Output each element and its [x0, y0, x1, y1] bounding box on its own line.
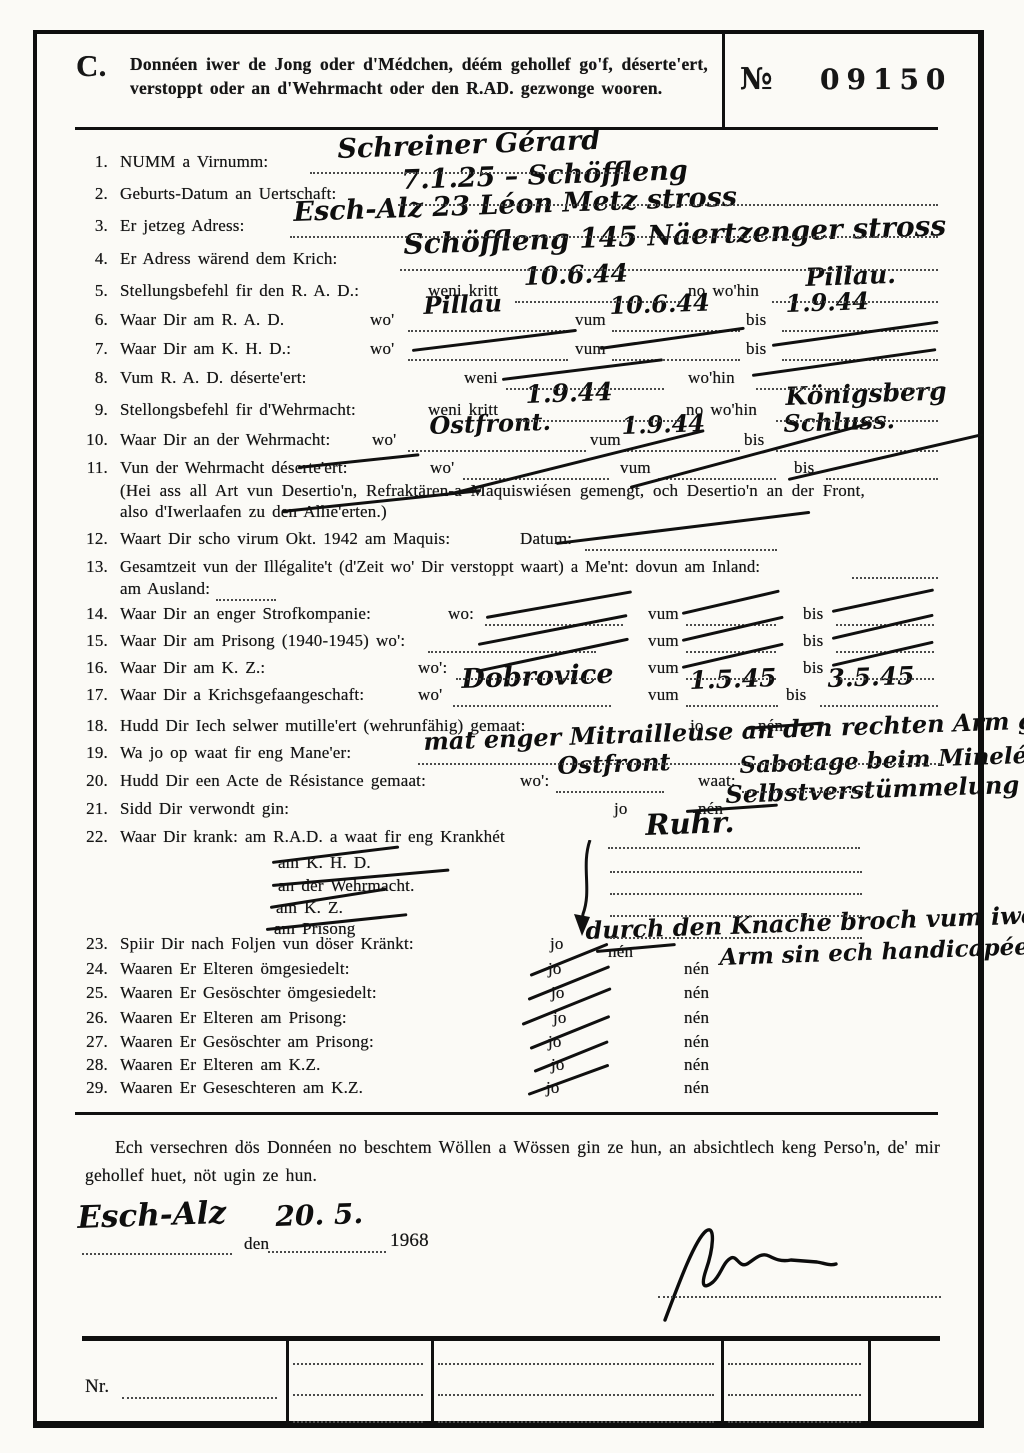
- dotted-line: [756, 388, 938, 390]
- item-28-nen-label: nén: [684, 1055, 709, 1075]
- item-1-label: NUMM a Virnumm:: [120, 152, 268, 172]
- item-14-field1-label: wo:: [448, 604, 474, 624]
- item-16-field1-label: wo':: [418, 658, 447, 678]
- item-5-number: 5.: [68, 281, 108, 301]
- item-2-number: 2.: [68, 184, 108, 204]
- item-25-label: Waaren Er Gesöschter ömgesiedelt:: [120, 983, 377, 1003]
- item-26-number: 26.: [68, 1008, 108, 1028]
- slash-mark: [412, 329, 577, 352]
- dateline-date-handwritten: 20. 5.: [275, 1197, 364, 1233]
- item-10-number: 10.: [68, 430, 108, 450]
- dotted-line: [610, 915, 862, 917]
- item-16-field3-label: bis: [803, 658, 823, 678]
- item-6-field1-label: wo': [370, 310, 394, 330]
- dotted-line: [310, 172, 630, 174]
- dotted-line: [82, 1253, 232, 1255]
- dotted-line: [485, 624, 623, 626]
- item-16-number: 16.: [68, 658, 108, 678]
- dotted-line: [456, 678, 596, 680]
- dotted-line: [826, 478, 938, 480]
- item-1-number: 1.: [68, 152, 108, 172]
- item-7-field3-label: bis: [746, 339, 766, 359]
- slash-mark: [788, 433, 983, 481]
- item-15-label: Waar Dir am Prisong (1940-1945) wo':: [120, 631, 405, 651]
- slash-mark: [832, 588, 934, 612]
- item-4-number: 4.: [68, 249, 108, 269]
- item-21-number: 21.: [68, 799, 108, 819]
- item-15-field2-label: vum: [648, 631, 679, 651]
- dotted-line: [624, 450, 740, 452]
- signature-handwritten: [640, 1212, 870, 1327]
- dotted-line: [852, 577, 938, 579]
- item-20-number: 20.: [68, 771, 108, 791]
- item-16-label: Waar Dir am K. Z.:: [120, 658, 265, 678]
- item-23-label: Spiir Dir nach Foljen vun döser Kränkt:: [120, 934, 414, 954]
- dateline-place-handwritten: Esch-Alz: [77, 1195, 227, 1236]
- item-23-number: 23.: [68, 934, 108, 954]
- item-6-field3-label: bis: [746, 310, 766, 330]
- slash-mark: [772, 321, 939, 347]
- dotted-line: [453, 705, 611, 707]
- slash-mark: [682, 590, 780, 615]
- item-3-number: 3.: [68, 216, 108, 236]
- item-26-nen-label: nén: [684, 1008, 709, 1028]
- item-19-number: 19.: [68, 743, 108, 763]
- dotted-line: [216, 599, 276, 601]
- item-7-number: 7.: [68, 339, 108, 359]
- dotted-line: [516, 420, 680, 422]
- dotted-line: [612, 359, 740, 361]
- item-11-label: Vun der Wehrmacht déserte'ert:: [120, 458, 348, 478]
- item-8-field2-label: wo'hin: [688, 368, 735, 388]
- item-5-date-handwritten: 10.6.44: [523, 258, 628, 291]
- item-23-nen-label: nén: [608, 942, 633, 962]
- item-24-label: Waaren Er Elteren ömgesiedelt:: [120, 959, 350, 979]
- item-11-number: 11.: [68, 458, 108, 478]
- table-column-divider: [868, 1337, 871, 1424]
- item-23-jo-label: jo: [550, 934, 564, 954]
- item-6-label: Waar Dir am R. A. D.: [120, 310, 284, 330]
- dotted-line: [556, 791, 664, 793]
- dotted-line: [658, 1296, 941, 1298]
- dotted-line: [836, 678, 934, 680]
- item-11-field1-label: wo': [430, 458, 454, 478]
- item-6-place-handwritten: Pillau: [423, 288, 502, 320]
- item-29-nen-label: nén: [684, 1078, 709, 1098]
- item-17-field3-label: bis: [786, 685, 806, 705]
- item-24-number: 24.: [68, 959, 108, 979]
- item-17-place-handwritten: Dobrovice: [461, 659, 614, 695]
- item-9-date-handwritten: 1.9.44: [525, 377, 613, 409]
- dotted-line: [408, 450, 586, 452]
- dotted-line: [438, 1421, 714, 1423]
- table-column-divider: [431, 1337, 434, 1424]
- item-12-field1-label: Datum:: [520, 529, 572, 549]
- dotted-line: [610, 871, 862, 873]
- item-10-from-handwritten: 1.9.44: [621, 408, 705, 440]
- item-22-number: 22.: [68, 827, 108, 847]
- item-25-number: 25.: [68, 983, 108, 1003]
- item-29-label: Waaren Er Geseschteren am K.Z.: [120, 1078, 363, 1098]
- dateline-year: 1968: [390, 1230, 429, 1252]
- dotted-line: [742, 791, 870, 793]
- item-26-label: Waaren Er Elteren am Prisong:: [120, 1008, 347, 1028]
- item-11-note: (Hei ass all Art vun Desertio'n, Refrakt…: [120, 480, 865, 523]
- item-7-field1-label: wo': [370, 339, 394, 359]
- item-16-field2-label: vum: [648, 658, 679, 678]
- item-15-number: 15.: [68, 631, 108, 651]
- item-8-field1-label: weni: [464, 368, 498, 388]
- item-14-field2-label: vum: [648, 604, 679, 624]
- item-22-label: Waar Dir krank: am R.A.D. a waat fir eng…: [120, 827, 505, 847]
- dotted-line: [686, 705, 778, 707]
- header-divider: [722, 33, 725, 128]
- scanned-form-page: C. Donnéen iwer de Jong oder d'Médchen, …: [0, 0, 1024, 1453]
- item-24-nen-label: nén: [684, 959, 709, 979]
- item-14-number: 14.: [68, 604, 108, 624]
- item-15-field3-label: bis: [803, 631, 823, 651]
- footer-nr-label: Nr.: [85, 1376, 109, 1398]
- item-13-number: 13.: [68, 557, 108, 577]
- dotted-line: [293, 1363, 423, 1365]
- dotted-line: [506, 388, 664, 390]
- item-6-from-handwritten: 10.6.44: [609, 288, 710, 320]
- item-12-number: 12.: [68, 529, 108, 549]
- item-10-field2-label: vum: [590, 430, 621, 450]
- slash-mark: [752, 348, 937, 376]
- item-25-nen-label: nén: [684, 983, 709, 1003]
- item-10-field3-label: bis: [744, 430, 764, 450]
- item-9-label: Stellongsbefehl fir d'Wehrmacht:: [120, 400, 356, 420]
- dotted-line: [728, 1363, 861, 1365]
- slash-mark: [478, 614, 628, 646]
- dotted-line: [515, 301, 680, 303]
- dotted-line: [400, 269, 938, 271]
- item-17-to-handwritten: 3.5.45: [827, 661, 915, 693]
- dotted-line: [658, 478, 776, 480]
- item-19-label: Wa jo op waat fir eng Mane'er:: [120, 743, 351, 763]
- dotted-line: [686, 624, 776, 626]
- item-18-number: 18.: [68, 716, 108, 736]
- section-rule: [75, 1112, 938, 1115]
- dotted-line: [293, 1394, 423, 1396]
- declaration-text: Ech versechren dös Donnéen no beschtem W…: [85, 1133, 940, 1189]
- item-10-place-handwritten: Ostfront.: [429, 407, 551, 440]
- dotted-line: [686, 651, 776, 653]
- dotted-line: [610, 893, 862, 895]
- table-column-divider: [286, 1337, 289, 1424]
- item-6-field2-label: vum: [575, 310, 606, 330]
- form-number-label: №: [740, 62, 773, 97]
- dotted-line: [122, 1397, 277, 1399]
- item-13-label: Gesamtzeit vun der Illégalite't (d'Zeit …: [120, 557, 760, 577]
- item-11-field2-label: vum: [620, 458, 651, 478]
- dotted-line: [772, 301, 938, 303]
- item-4-label: Er Adress wärend dem Krich:: [120, 249, 337, 269]
- table-top-rule: [82, 1336, 940, 1341]
- item-17-field2-label: vum: [648, 685, 679, 705]
- item-6-number: 6.: [68, 310, 108, 330]
- item-9-number: 9.: [68, 400, 108, 420]
- item-17-field1-label: wo': [418, 685, 442, 705]
- item-8-number: 8.: [68, 368, 108, 388]
- item-17-number: 17.: [68, 685, 108, 705]
- item-12-label: Waart Dir scho virum Okt. 1942 am Maquis…: [120, 529, 450, 549]
- item-8-label: Vum R. A. D. déserte'ert:: [120, 368, 307, 388]
- dotted-line: [686, 678, 776, 680]
- item-7-label: Waar Dir am K. H. D.:: [120, 339, 291, 359]
- dotted-line: [438, 1363, 714, 1365]
- dotted-line: [418, 763, 940, 765]
- item-17-label: Waar Dir a Krichsgefaangeschaft:: [120, 685, 364, 705]
- item-28-number: 28.: [68, 1055, 108, 1075]
- slash-mark: [486, 590, 632, 618]
- item-14-label: Waar Dir an enger Strofkompanie:: [120, 604, 371, 624]
- item-28-label: Waaren Er Elteren am K.Z.: [120, 1055, 321, 1075]
- slash-mark: [682, 616, 784, 642]
- slash-mark: [832, 614, 934, 640]
- item-21-jo-label: jo: [614, 799, 628, 819]
- table-column-divider: [721, 1337, 724, 1424]
- dotted-line: [608, 847, 860, 849]
- form-title: Donnéen iwer de Jong oder d'Médchen, déé…: [130, 52, 708, 100]
- dotted-line: [728, 1421, 861, 1423]
- dotted-line: [398, 204, 938, 206]
- item-27-number: 27.: [68, 1032, 108, 1052]
- dotted-line: [438, 1394, 714, 1396]
- item-21-label: Sidd Dir verwondt gin:: [120, 799, 289, 819]
- dotted-line: [290, 236, 938, 238]
- item-5-label: Stellungsbefehl fir den R. A. D.:: [120, 281, 359, 301]
- item-14-field3-label: bis: [803, 604, 823, 624]
- form-number-value: 09150: [820, 63, 952, 96]
- dotted-line: [463, 478, 609, 480]
- item-10-label: Waar Dir an der Wehrmacht:: [120, 430, 330, 450]
- item-10-field1-label: wo': [372, 430, 396, 450]
- dotted-line: [776, 420, 938, 422]
- item-27-nen-label: nén: [684, 1032, 709, 1052]
- item-20-label: Hudd Dir een Acte de Résistance gemaat:: [120, 771, 426, 791]
- item-13-label2: am Ausland:: [120, 579, 210, 599]
- section-letter: C.: [76, 48, 107, 84]
- item-3-label: Er jetzeg Adress:: [120, 216, 245, 236]
- dotted-line: [293, 1421, 423, 1423]
- dateline-den-label: den: [244, 1234, 269, 1254]
- item-27-label: Waaren Er Gesöschter am Prisong:: [120, 1032, 374, 1052]
- dotted-line: [585, 549, 777, 551]
- dotted-line: [820, 705, 938, 707]
- dotted-line: [408, 359, 568, 361]
- item-20-field1-label: wo':: [520, 771, 549, 791]
- dotted-line: [610, 937, 862, 939]
- dotted-line: [268, 1251, 386, 1253]
- dotted-line: [728, 1394, 861, 1396]
- item-29-number: 29.: [68, 1078, 108, 1098]
